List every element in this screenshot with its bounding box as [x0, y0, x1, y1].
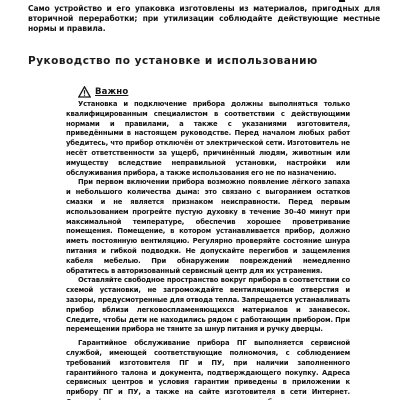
- document-page: Само устройство и его упаковка изготовле…: [0, 0, 400, 400]
- intro-paragraph: Само устройство и его упаковка изготовле…: [28, 4, 380, 34]
- note-paragraph-2: При первом включении прибора возможно по…: [66, 178, 350, 276]
- important-note-section: Важно Установка и подключение прибора до…: [66, 85, 350, 400]
- important-label: Важно: [95, 87, 128, 97]
- warning-triangle-icon: [78, 86, 91, 98]
- important-note-header: Важно: [78, 85, 350, 98]
- page-title: Руководство по установке и использованию: [28, 55, 318, 67]
- note-paragraph-4: Гарантийное обслуживание прибора ПГ выпо…: [66, 339, 350, 400]
- cutoff-text-fragment: [339, 0, 345, 2]
- note-paragraph-1: Установка и подключение прибора должны в…: [66, 100, 350, 178]
- note-paragraphs: Установка и подключение прибора должны в…: [66, 100, 350, 400]
- note-paragraph-3: Оставляйте свободное пространство вокруг…: [66, 276, 350, 335]
